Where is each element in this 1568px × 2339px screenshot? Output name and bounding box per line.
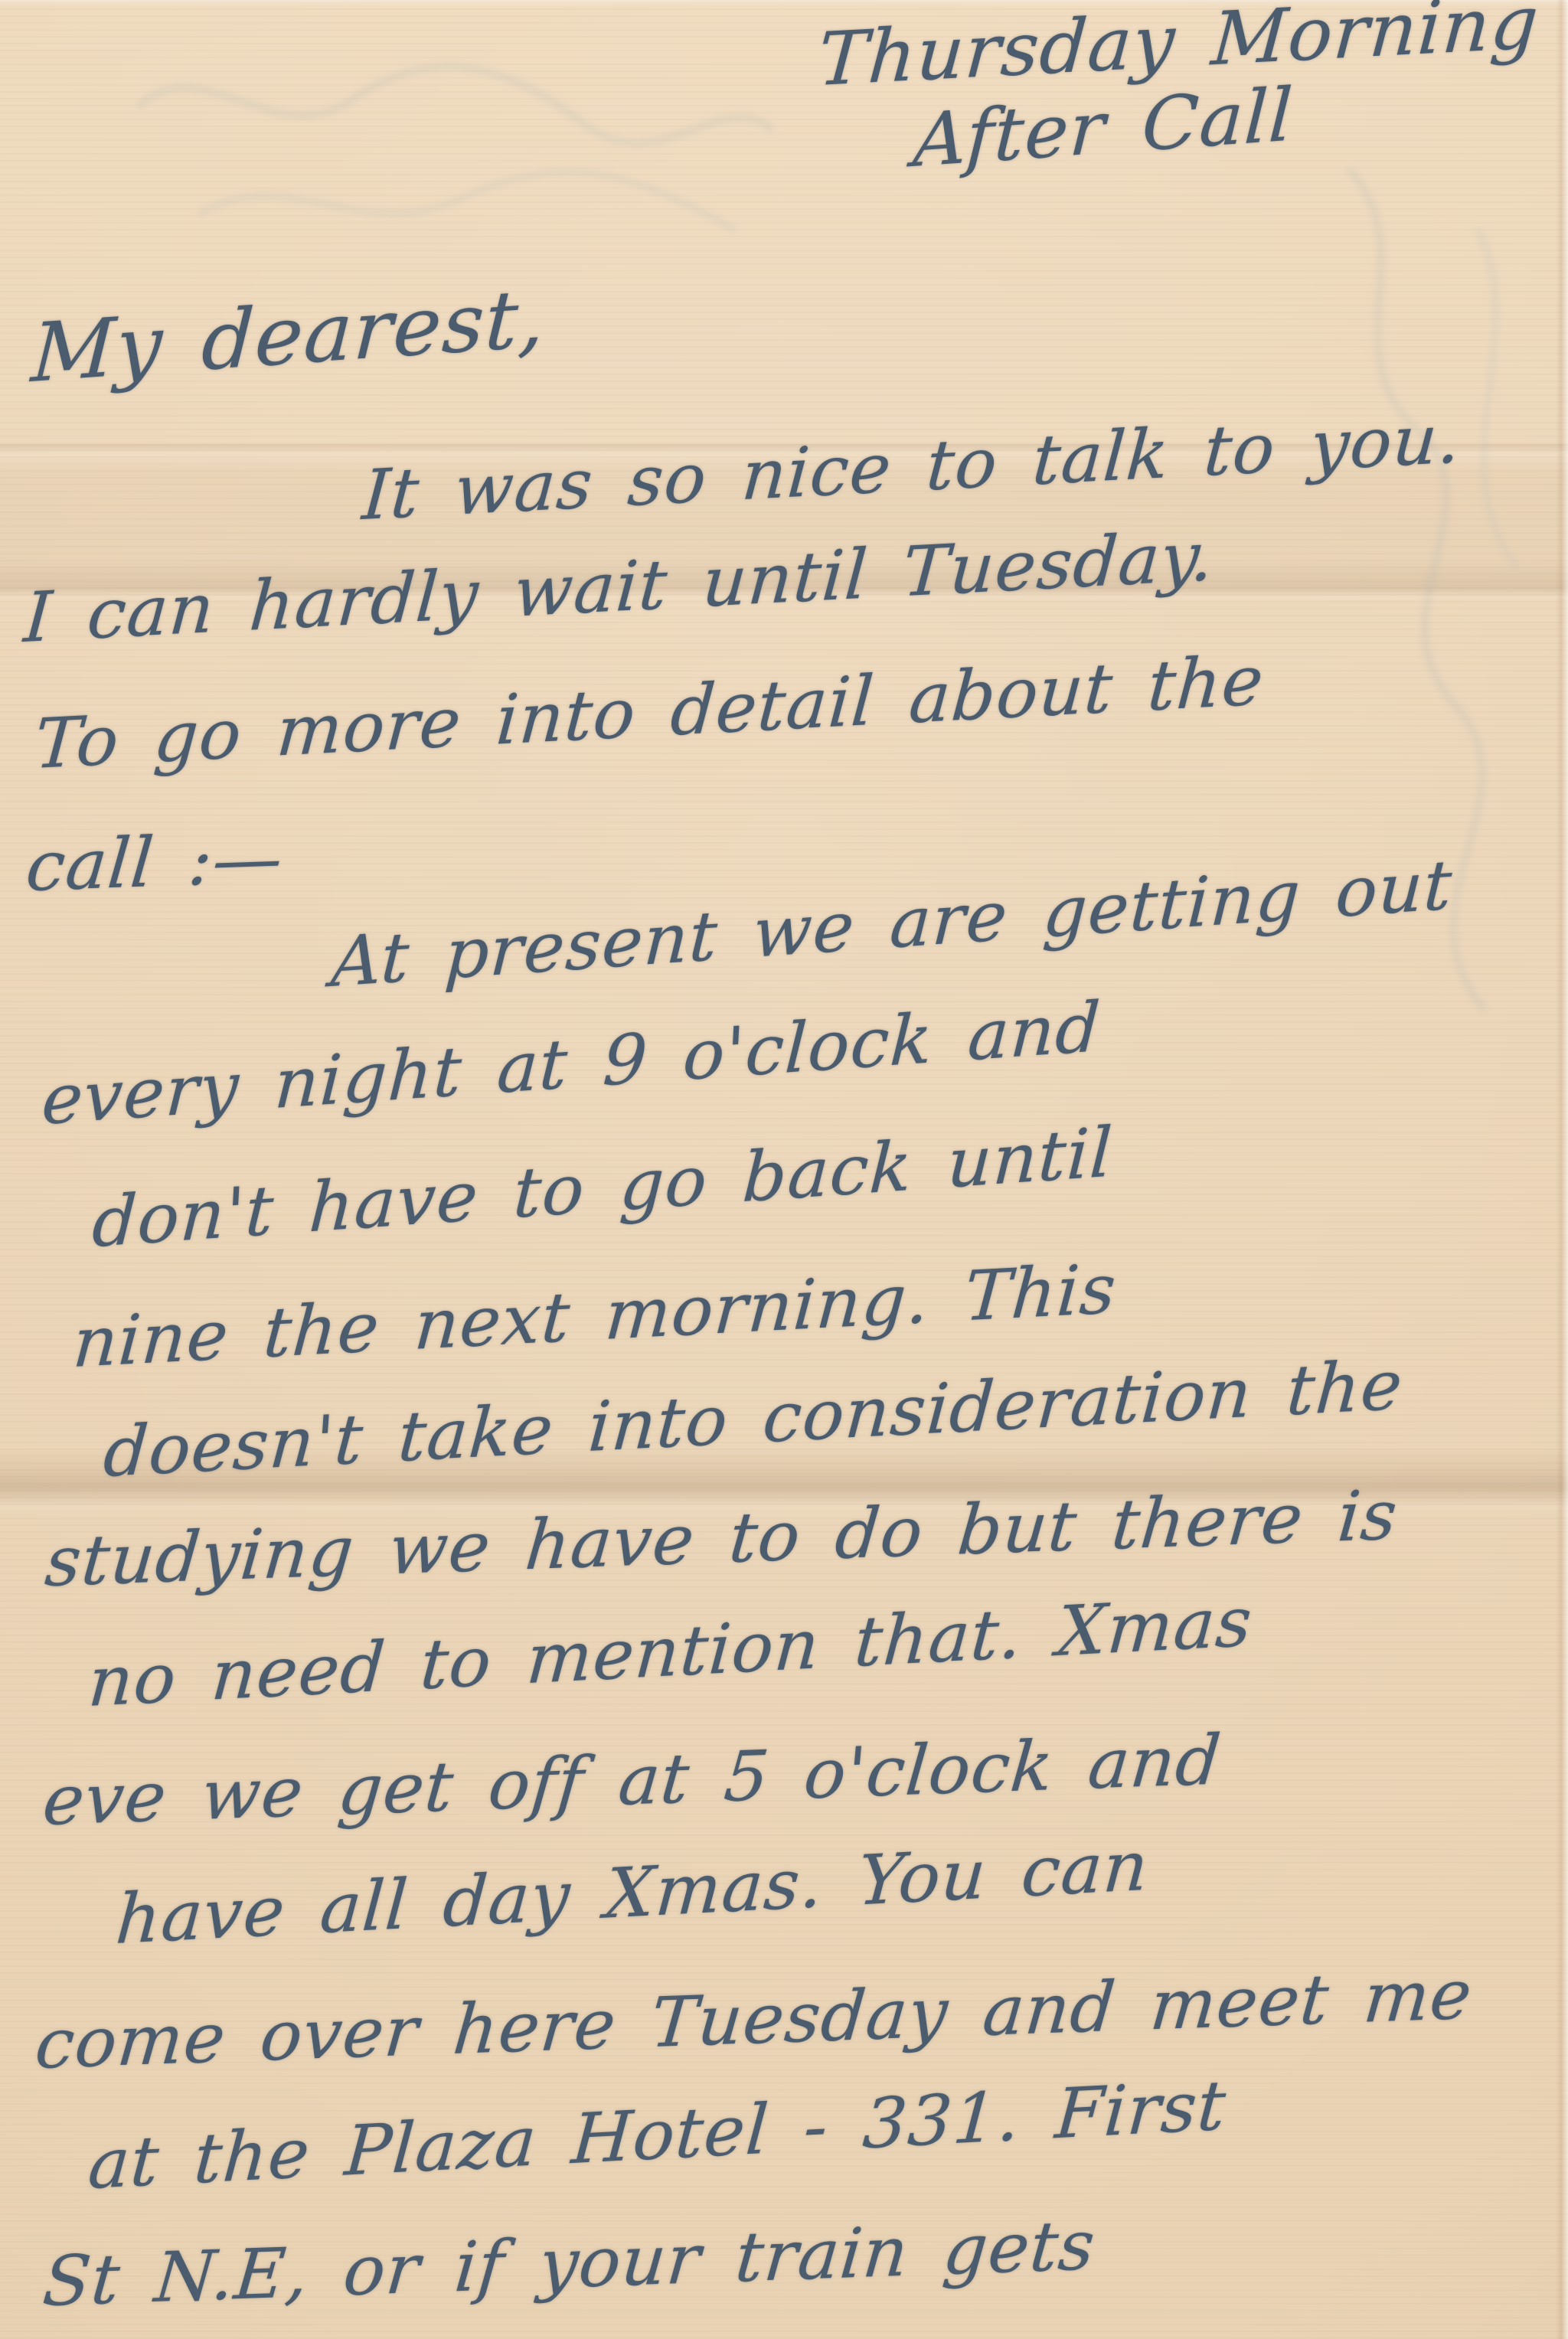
letter-line-4: call :— — [23, 818, 286, 907]
letter-line-5: At present we are getting out — [329, 845, 1455, 1003]
salutation: My dearest, — [29, 271, 548, 400]
letter-line-14: come over here Tuesday and meet me — [32, 1955, 1475, 2085]
letter-line-2: I can hardly wait until Tuesday. — [21, 516, 1217, 658]
letter-line-12: eve we get off at 5 o'clock and — [40, 1720, 1224, 1841]
letter-line-15: at the Plaza Hotel - 331. First — [86, 2066, 1229, 2205]
letter-line-6: every night at 9 o'clock and — [40, 987, 1102, 1141]
letter-line-3: To go more into detail about the — [32, 641, 1266, 785]
letter-line-10: studying we have to do but there is — [42, 1475, 1401, 1602]
letter-line-16: St N.E, or if your train gets — [40, 2205, 1099, 2322]
letter-page: Thursday Morning After Call My dearest, … — [0, 0, 1568, 2339]
letter-line-8: nine the next morning. This — [70, 1249, 1119, 1383]
letter-line-11: no need to mention that. Xmas — [86, 1582, 1255, 1723]
scan-edge-right — [1556, 0, 1568, 2339]
letter-line-7: don't have to go back until — [90, 1112, 1115, 1263]
bleedthrough-marks-top — [107, 15, 796, 291]
letter-line-13: have all day Xmas. You can — [113, 1826, 1151, 1960]
letter-line-1: It was so nice to talk to you. — [360, 398, 1464, 536]
